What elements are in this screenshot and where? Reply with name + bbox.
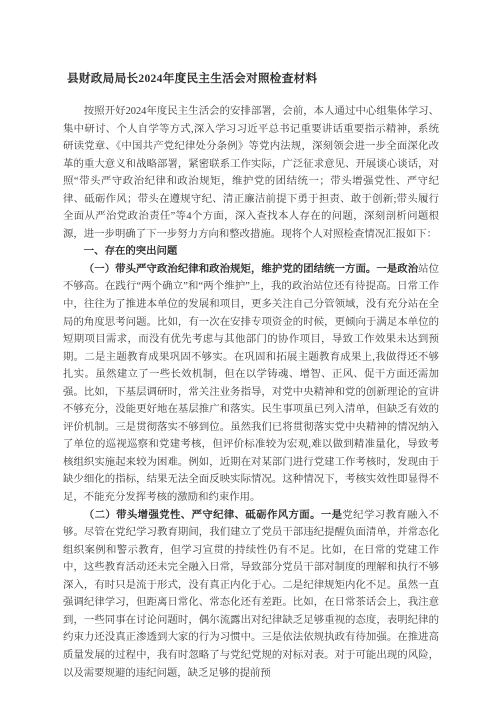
item-one-paragraph: （一）带头严守政治纪律和政治规矩，维护党的团结统一方面。一是政治站位不够高。在践…	[63, 261, 439, 507]
bold-text-segment: （一）带头严守政治纪律和政治规矩，维护党的团结统一方面。一是政治	[84, 264, 418, 275]
document-title: 县财政局局长2024年度民主生活会对照检查材料	[67, 71, 439, 87]
item-two-paragraph: （二）带头增强党性、严守纪律、砥砺作风方面。一是党纪学习教育融入不够。尽管在党纪…	[63, 507, 439, 682]
document-body: 按照开好2024年度民主生活会的安排部署，会前，本人通过中心组集体学习、集中研讨…	[63, 103, 439, 682]
bold-text-segment: 一、存在的突出问题	[84, 246, 178, 257]
bold-text-segment: （二）带头增强党性、严守纪律、砥砺作风方面。一是	[84, 510, 343, 521]
text-segment: 党纪学习教育融入不够。尽管在党纪学习教育期间，我们建立了党员干部违纪提醒负面清单…	[63, 510, 439, 679]
text-segment: 按照开好2024年度民主生活会的安排部署，会前，本人通过中心组集体学习、集中研讨…	[63, 106, 439, 240]
document-page: 县财政局局长2024年度民主生活会对照检查材料 按照开好2024年度民主生活会的…	[0, 0, 500, 707]
document-content: 县财政局局长2024年度民主生活会对照检查材料 按照开好2024年度民主生活会的…	[63, 71, 439, 682]
text-segment: 站位不够高。在践行“两个确立”和“两个维护”上，我的政治站位还有待提高。日常工作…	[63, 264, 439, 503]
section-heading-problems: 一、存在的突出问题	[63, 243, 439, 261]
intro-paragraph: 按照开好2024年度民主生活会的安排部署，会前，本人通过中心组集体学习、集中研讨…	[63, 103, 439, 243]
